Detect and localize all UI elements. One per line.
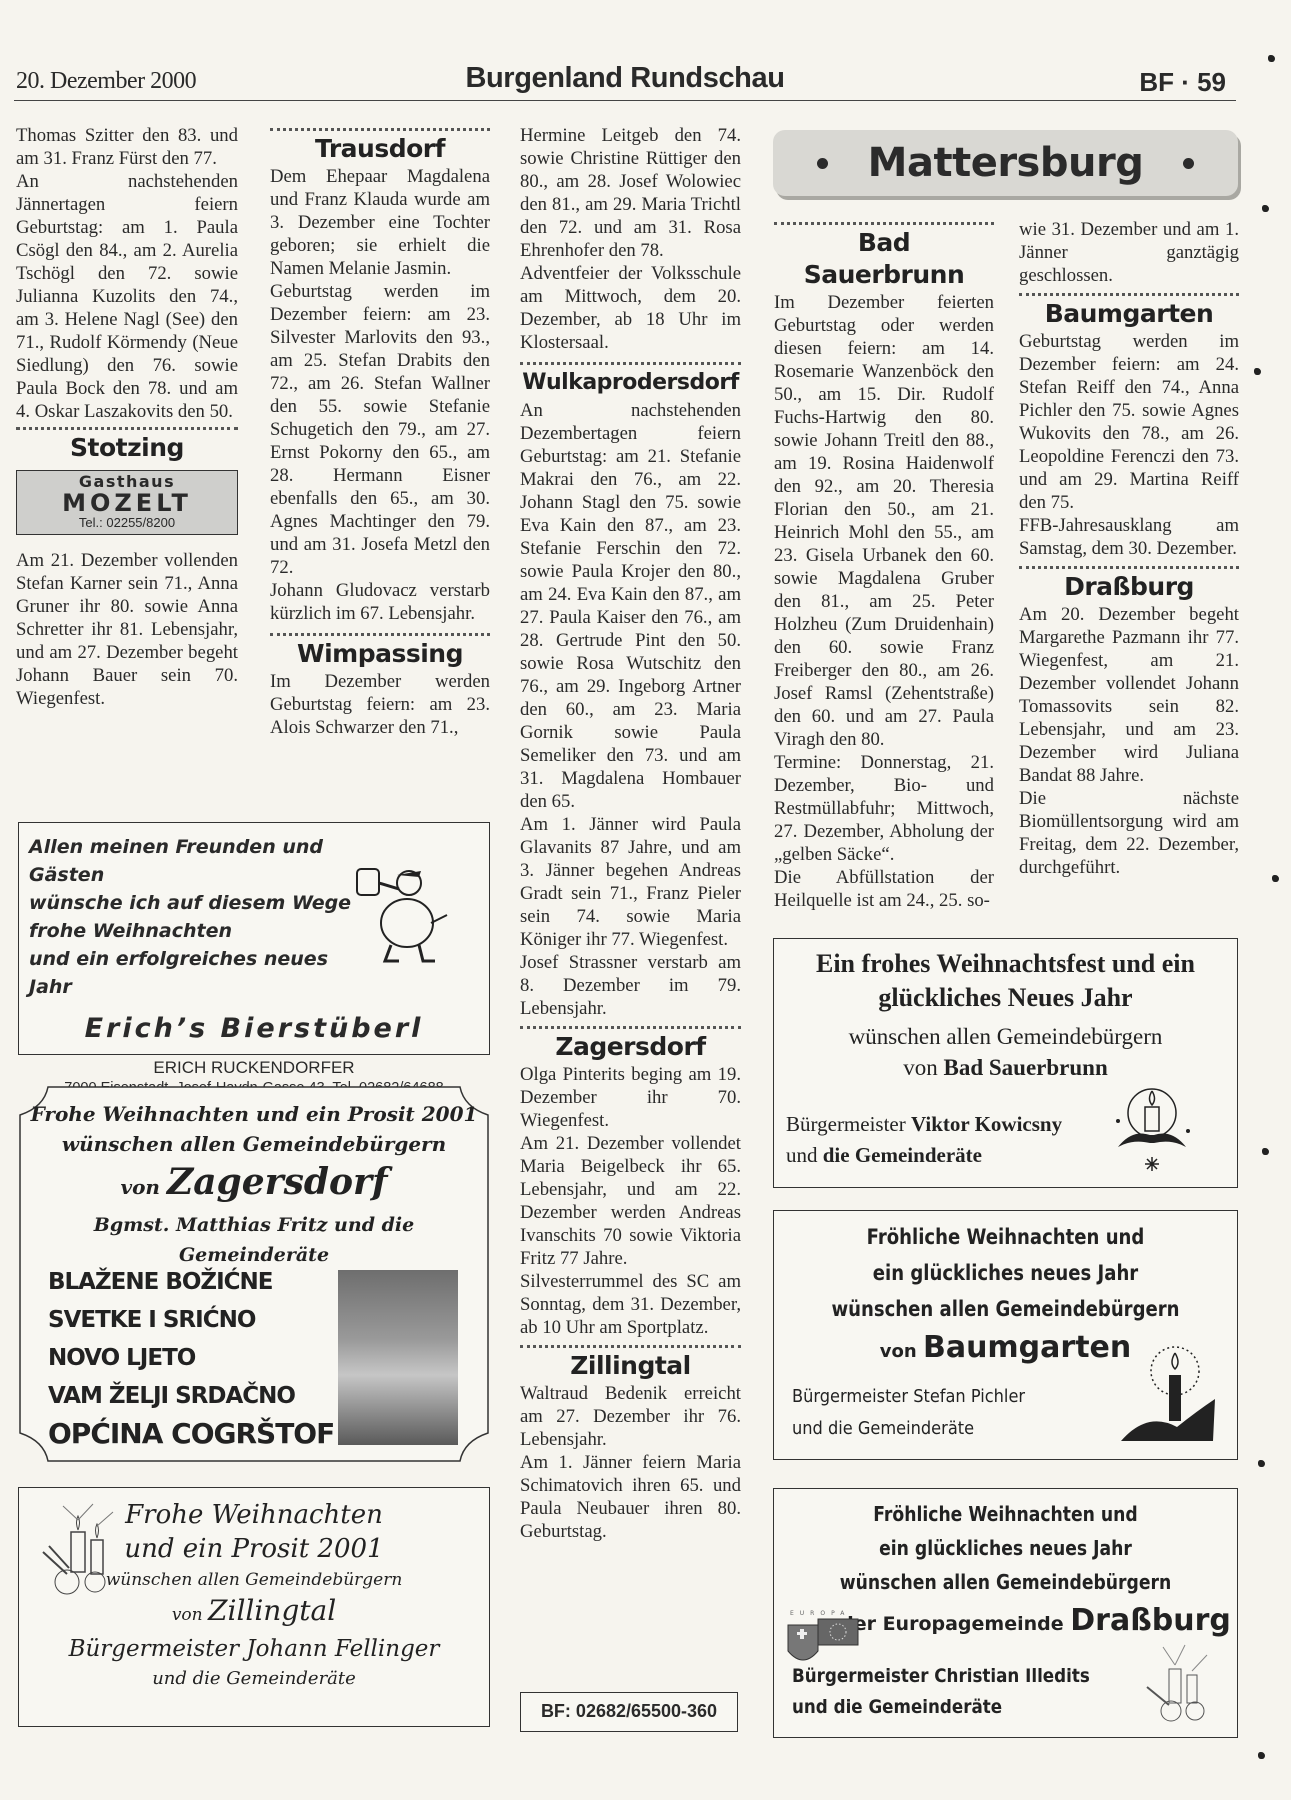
article-paragraph: Die Abfüllstation der Heilquelle ist am …	[774, 866, 994, 912]
scan-speck	[1254, 368, 1261, 375]
ad-line: ein glückliches neues Jahr	[806, 1255, 1204, 1291]
scan-speck	[1262, 205, 1269, 212]
article-paragraph: wie 31. Dezember und am 1. Jänner ganztä…	[1019, 218, 1239, 287]
ad-line: Fröhliche Weihnachten und	[806, 1497, 1204, 1531]
mayor-portrait-photo	[338, 1270, 458, 1445]
ad-line: wünschen allen Gemeindebürgern	[806, 1291, 1204, 1327]
article-paragraph: Johann Gludovacz verstarb kürzlich im 67…	[270, 579, 490, 625]
ad-mayor: Bürgermeister Stefan Pichler	[792, 1381, 1025, 1413]
ad-line: Allen meinen Freunden und Gästen	[29, 833, 369, 889]
ad-conjunction: und	[786, 1143, 818, 1167]
candles-illustration-icon	[1141, 1641, 1221, 1731]
ad-council: die Gemeinderäte	[823, 1143, 982, 1167]
ad-line: BLAŽENE BOŽIĆNE	[48, 1263, 334, 1301]
page-number: BF · 59	[1139, 67, 1226, 98]
column-5: wie 31. Dezember und am 1. Jänner ganztä…	[1019, 218, 1239, 879]
article-paragraph: Die nächste Biomüllentsorgung wird am Fr…	[1019, 787, 1239, 879]
scan-speck	[1268, 55, 1275, 62]
section-divider	[520, 1026, 741, 1029]
article-paragraph: An nachstehenden Jännertagen feiern Gebu…	[16, 170, 238, 423]
article-paragraph: Geburtstag werden im Dezember feiern: am…	[270, 280, 490, 579]
article-paragraph: Im Dezember werden Geburtstag feiern: am…	[270, 670, 490, 739]
article-paragraph: Adventfeier der Volksschule am Mittwoch,…	[520, 262, 741, 354]
section-divider	[520, 362, 741, 365]
ad-council: und die Gemeinderäte	[792, 1413, 1025, 1445]
bf-contact-box: BF: 02682/65500-360	[520, 1692, 738, 1732]
scan-speck	[1258, 1460, 1265, 1467]
region-banner: Mattersburg	[773, 130, 1238, 196]
section-divider	[1019, 293, 1239, 296]
section-heading-baumgarten: Baumgarten	[1019, 298, 1239, 330]
ad-brand: MOZELT	[17, 491, 237, 515]
ad-council: und die Gemeinderäte	[19, 1666, 489, 1692]
article-paragraph: FFB-Jahresausklang am Samstag, dem 30. D…	[1019, 514, 1239, 560]
ad-line: SVETKE I SRIĆNO	[48, 1301, 334, 1339]
ad-line: wünschen allen Gemeindebürgern	[774, 1021, 1237, 1052]
ad-von: von	[903, 1055, 938, 1080]
section-heading-wulkaprodersdorf: Wulkaprodersdorf	[520, 367, 741, 399]
ad-prefix: der Europagemeinde	[840, 1613, 1064, 1635]
ad-place: Bad Sauerbrunn	[943, 1055, 1107, 1080]
section-heading-stotzing: Stotzing	[16, 432, 238, 464]
article-paragraph: Thomas Szitter den 83. und am 31. Franz …	[16, 124, 238, 170]
ad-bad-sauerbrunn: Ein frohes Weihnachtsfest und ein glückl…	[773, 938, 1238, 1188]
article-paragraph: Geburtstag werden im Dezember feiern: am…	[1019, 330, 1239, 514]
section-divider	[16, 427, 238, 430]
ad-mayor-name: Viktor Kowicsny	[911, 1112, 1062, 1136]
scan-speck	[1272, 875, 1279, 882]
ad-drassburg: Fröhliche Weihnachten und ein glückliche…	[773, 1488, 1238, 1738]
ad-von: von	[120, 1175, 160, 1199]
ad-zillingtal: Frohe Weihnachten und ein Prosit 2001 wü…	[18, 1487, 490, 1727]
section-heading-zillingtal: Zillingtal	[520, 1350, 741, 1382]
section-heading-trausdorf: Trausdorf	[270, 133, 490, 165]
crest-label: EUROPA	[790, 1610, 850, 1617]
croatian-greeting: BLAŽENE BOŽIĆNE SVETKE I SRIĆNO NOVO LJE…	[48, 1263, 334, 1453]
ad-line: wünsche ich auf diesem Wege	[29, 889, 369, 917]
scan-speck	[1262, 1148, 1269, 1155]
europa-crest-icon: EUROPA	[786, 1607, 862, 1669]
ad-place-line: von Zagersdorf	[18, 1159, 490, 1210]
article-paragraph: Hermine Leitgeb den 74. sowie Christine …	[520, 124, 741, 262]
column-4: Bad Sauerbrunn Im Dezember feierten Gebu…	[774, 218, 994, 912]
article-paragraph: Josef Strassner verstarb am 8. Dezember …	[520, 951, 741, 1020]
ad-line: Fröhliche Weihnachten und	[806, 1219, 1204, 1255]
section-heading-bad-sauerbrunn: Bad Sauerbrunn	[774, 227, 994, 291]
page-header: 20. Dezember 2000 Burgenland Rundschau B…	[14, 62, 1236, 101]
article-paragraph: Am 1. Jänner wird Paula Glavanits 87 Jah…	[520, 813, 741, 951]
ad-phone: Tel.: 02255/8200	[17, 515, 237, 530]
bullet-icon	[1183, 158, 1194, 169]
ad-von: von	[880, 1341, 917, 1362]
ad-owner: ERICH RUCKENDORFER	[29, 1058, 479, 1078]
article-paragraph: Olga Pinterits beging am 19. Dezember ih…	[520, 1063, 741, 1132]
ad-line: ein glückliches neues Jahr	[806, 1531, 1204, 1565]
ad-place: Zagersdorf	[167, 1161, 388, 1203]
article-paragraph: Am 20. Dezember begeht Margarethe Pazman…	[1019, 603, 1239, 787]
candle-with-fir-icon	[1117, 1341, 1217, 1451]
ad-place: Draßburg	[1070, 1603, 1231, 1638]
ad-signature: Bürgermeister Viktor Kowicsny und die Ge…	[786, 1109, 1062, 1171]
section-heading-zagersdorf: Zagersdorf	[520, 1031, 741, 1063]
ad-line: und ein erfolgreiches neues Jahr	[29, 945, 369, 1001]
ad-line: wünschen allen Gemeindebürgern	[18, 1129, 490, 1159]
ad-line: Frohe Weihnachten und ein Prosit 2001	[18, 1099, 490, 1129]
article-paragraph: Im Dezember feierten Geburtstag oder wer…	[774, 291, 994, 751]
column-3: Hermine Leitgeb den 74. sowie Christine …	[520, 124, 741, 1543]
ad-mayor: Bürgermeister Christian Illedits	[792, 1661, 1090, 1692]
article-paragraph: An nachstehenden Dezembertagen feiern Ge…	[520, 399, 741, 813]
ad-line: wünschen allen Gemeindebürgern	[806, 1565, 1204, 1599]
ad-mayor-title: Bürgermeister	[786, 1112, 906, 1136]
article-paragraph: Dem Ehepaar Magdalena und Franz Klauda w…	[270, 165, 490, 280]
ad-headline: Ein frohes Weihnachtsfest und ein	[774, 947, 1237, 981]
ad-line: OPĆINA COGRŠTOF	[48, 1415, 334, 1453]
newspaper-title: Burgenland Rundschau	[14, 62, 1236, 95]
advent-candle-icon	[1112, 1077, 1192, 1177]
article-paragraph: Termine: Donnerstag, 21. Dezember, Bio- …	[774, 751, 994, 866]
section-divider	[1019, 566, 1239, 569]
article-paragraph: Waltraud Bedenik erreicht am 27. Dezembe…	[520, 1382, 741, 1451]
article-paragraph: Silvesterrummel des SC am Sonntag, dem 3…	[520, 1270, 741, 1339]
ad-line: NOVO LJETO	[48, 1339, 334, 1377]
ad-council: und die Gemeinderäte	[792, 1692, 1090, 1723]
article-paragraph: Am 21. Dezember vollendet Maria Beigelbe…	[520, 1132, 741, 1270]
scan-speck	[1258, 1752, 1265, 1759]
beer-man-illustration-icon	[349, 861, 449, 971]
ad-erichs-bierstueberl: Allen meinen Freunden und Gästen wünsche…	[18, 822, 490, 1055]
section-divider	[774, 222, 994, 225]
ad-line: frohe Weihnachten	[29, 917, 369, 945]
ad-place: Baumgarten	[923, 1330, 1131, 1365]
section-heading-wimpassing: Wimpassing	[270, 638, 490, 670]
bullet-icon	[817, 158, 828, 169]
gasthaus-mozelt-ad: Gasthaus MOZELT Tel.: 02255/8200	[16, 470, 238, 535]
section-divider	[520, 1345, 741, 1348]
ad-brand: Erich’s Bierstüberl	[29, 1013, 479, 1044]
section-divider	[270, 128, 490, 131]
ad-line: VAM ŽELJI SRDAČNO	[48, 1377, 334, 1415]
column-1: Thomas Szitter den 83. und am 31. Franz …	[16, 124, 238, 710]
ad-mayor: Bürgermeister Johann Fellinger	[19, 1632, 489, 1666]
article-paragraph: Am 21. Dezember vollenden Stefan Karner …	[16, 549, 238, 710]
ad-signature: Bürgermeister Christian Illedits und die…	[792, 1661, 1090, 1723]
column-2: Trausdorf Dem Ehepaar Magdalena und Fran…	[270, 124, 490, 739]
section-divider	[270, 633, 490, 636]
ad-text: Frohe Weihnachten und ein Prosit 2001 wü…	[18, 1099, 490, 1270]
ad-greeting: Allen meinen Freunden und Gästen wünsche…	[29, 833, 369, 1001]
section-heading-drassburg: Draßburg	[1019, 571, 1239, 603]
ad-headline: glückliches Neues Jahr	[774, 981, 1237, 1015]
ad-baumgarten: Fröhliche Weihnachten und ein glückliche…	[773, 1210, 1238, 1460]
region-name: Mattersburg	[868, 140, 1144, 186]
ad-signature: Bürgermeister Stefan Pichler und die Gem…	[792, 1381, 1025, 1445]
ad-von: von	[172, 1605, 203, 1625]
ad-zagersdorf: Frohe Weihnachten und ein Prosit 2001 wü…	[18, 1085, 490, 1463]
ad-place: Zillingtal	[208, 1594, 336, 1627]
candles-illustration-icon	[33, 1502, 133, 1612]
ad-signature: Bgmst. Matthias Fritz und die Gemeinderä…	[18, 1210, 490, 1270]
article-paragraph: Am 1. Jänner feiern Maria Schimatovich i…	[520, 1451, 741, 1543]
